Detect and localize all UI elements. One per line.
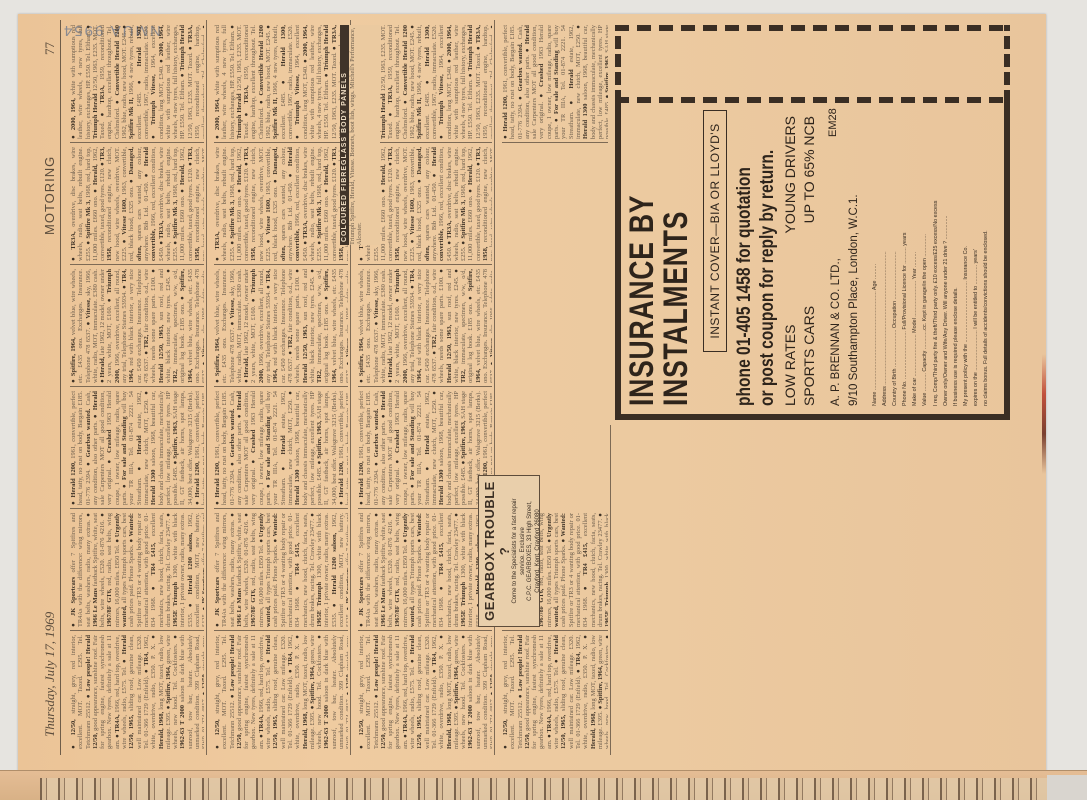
column-rule <box>358 508 492 509</box>
coupon-line: or post coupon for reply by return. <box>756 103 779 406</box>
edge-stain <box>1042 354 1046 474</box>
coupon-form-field: If business use is required please enclo… <box>951 106 961 406</box>
coupon-form-field: Country of Birth .......................… <box>890 106 900 406</box>
advert-phone-block: phone 01-405 1458 for quotation or post … <box>733 103 779 406</box>
classified-column: ● Spitfire, 1964, velvet blue, wire whee… <box>70 269 204 383</box>
page-number: 77 <box>42 42 58 55</box>
running-head: Thursday, July 17, 1969 MOTORING 77 <box>40 20 60 755</box>
classified-column: ● Herald 1200, 1961, convertible, perfec… <box>70 391 204 505</box>
column-rule <box>70 630 204 631</box>
classified-column: ● JK Sportcars offer 7 Spitfires and TR4… <box>358 513 492 627</box>
coupon-form-field: Owner only/Owner and Wife/Any Driver. Wi… <box>941 106 951 406</box>
column-rule <box>214 264 348 265</box>
classified-column: ● 12/50, straight, grey, red interior, e… <box>214 635 348 749</box>
rate-young-drivers: YOUNG DRIVERS <box>781 116 800 233</box>
classified-ad: ● JK Sportcars offer 7 Spitfires and TR4… <box>70 513 92 627</box>
column-rule <box>502 142 608 143</box>
classified-column: ● 2000, 1964, white with sumptious red l… <box>214 25 348 139</box>
coupon-form-field: I req. Comp/Third party fire & theft/Thi… <box>931 106 941 406</box>
column-rule <box>358 264 492 265</box>
coupon-cut-line-top <box>615 25 621 103</box>
underlying-newspaper-print <box>40 778 1060 800</box>
column-rule <box>502 630 608 631</box>
company-name: A. P. BRENNAN & CO. LTD., <box>827 106 845 406</box>
coupon-form-field: Address ................................… <box>880 106 890 406</box>
insurance-advert: INSURANCE BY INSTALMENTS INSTANT COVER—B… <box>615 25 1010 420</box>
classified-column: ● 12/50, straight, grey, red interior, e… <box>358 635 492 749</box>
classified-column: ● Spitfire, 1964, velvet blue, wire whee… <box>358 269 492 383</box>
advert-subtitle: INSTANT COVER—BIA OR LLOYD'S <box>703 110 727 352</box>
coupon-form-field: Make of car ............................… <box>910 106 920 406</box>
classified-column: ● JK Sportcars offer 7 Spitfires and TR4… <box>70 513 204 627</box>
column-rule <box>214 386 348 387</box>
rotated-page-content: Thursday, July 17, 1969 MOTORING 77 ● 12… <box>40 20 1025 755</box>
classified-column: ● TR3A, overdrive, disc brakes, wire whe… <box>214 147 348 261</box>
gearbox-ad-body: Come to the Specialists for a fast repai… <box>512 476 542 626</box>
coupon-form-field: My present policy with the .............… <box>961 106 971 406</box>
column-rule <box>358 630 492 631</box>
section-title: MOTORING <box>42 156 57 235</box>
gearbox-trouble-ad: GEARBOX TROUBLE ? Come to the Specialist… <box>478 475 540 627</box>
gearbox-ad-line: C.P.C. GEARBOXES, 33 High Street, <box>527 476 535 626</box>
advert-headline: INSURANCE BY INSTALMENTS <box>625 110 693 406</box>
coupon-form-field: expires on the .........................… <box>971 106 981 406</box>
classified-column: ● Herald 1200, 1961, convertible, perfec… <box>502 25 608 139</box>
classified-ad: ● 2000, 1964, white with sumptious red l… <box>70 25 92 139</box>
advert-address: A. P. BRENNAN & CO. LTD., 9/10 Southampt… <box>827 106 863 406</box>
classified-ad: ● JK Sportcars offer 7 Spitfires and TR4… <box>201 513 204 627</box>
classified-column: ● TR3A, overdrive, disc brakes, wire whe… <box>70 147 204 261</box>
phone-line: phone 01-405 1458 for quotation <box>733 103 756 406</box>
column-rule <box>214 508 348 509</box>
classified-column: ● 12/50, straight, grey, red interior, e… <box>502 635 608 749</box>
column-rule <box>214 142 348 143</box>
rate-low-rates: LOW RATES <box>781 325 800 406</box>
classified-column: ● Herald 1200, 1961, convertible, perfec… <box>214 391 348 505</box>
column-rule <box>358 386 492 387</box>
classified-ad: ● 2000, 1964, white with sumptious red l… <box>214 25 236 139</box>
advert-code: EM28 <box>827 108 839 137</box>
classified-column: ● Spitfire, 1964, velvet blue, wire whee… <box>214 269 348 383</box>
column-rule <box>70 386 204 387</box>
rate-ncb: UP TO 65% NCB <box>800 116 819 223</box>
classified-ad: ● JK Sportcars offer 7 Spitfires and TR4… <box>358 513 380 627</box>
running-head-rule <box>60 20 61 755</box>
column-rule <box>70 142 204 143</box>
column-rule <box>70 264 204 265</box>
gearbox-ad-line: service. Exclusive <box>520 476 528 626</box>
fibreglass-ad-title: COLOURED FIBREGLASS BODY PANELS <box>340 25 349 245</box>
coupon-form-field: Value ............ Capacity ............… <box>920 106 930 406</box>
gearbox-ad-line: Crayford, Kent. Crayford 26080 <box>535 476 543 626</box>
company-address: 9/10 Southampton Place, London, W.C.1. <box>845 106 863 406</box>
headline-line-1: INSURANCE BY <box>625 110 659 406</box>
fibreglass-panels-ad: COLOURED FIBREGLASS BODY PANELS Triumph … <box>340 25 380 245</box>
background-corner <box>1047 775 1087 800</box>
classified-column: ● Herald 1200, 1961, convertible, perfec… <box>358 391 492 505</box>
fibreglass-ad-body: Triumph Spitfire, Herald, Vitesse. Bonne… <box>349 25 364 245</box>
classified-ad: ● JK Sportcars offer 7 Spitfires and TR4… <box>214 513 236 627</box>
coupon-form-field: Name ...................................… <box>870 106 880 406</box>
coupon-form-field: Phone No. ..............................… <box>900 106 910 406</box>
gearbox-ad-title: GEARBOX TROUBLE ? <box>482 476 512 626</box>
coupon-cut-line-right <box>615 25 1010 31</box>
gearbox-ad-line: Come to the Specialists for a fast repai… <box>512 476 520 626</box>
band-rule <box>494 20 495 755</box>
coupon-form-field: no claims bonus. Full details of acciden… <box>981 106 991 406</box>
classified-column: ● 12/50, straight, grey, red interior, e… <box>70 635 204 749</box>
classified-column: ● 2000, 1964, white with sumptious red l… <box>70 25 204 139</box>
issue-date: Thursday, July 17, 1969 <box>42 612 58 737</box>
band-rule <box>206 20 207 755</box>
column-rule <box>70 508 204 509</box>
coupon-form: Name ...................................… <box>870 106 991 406</box>
classified-ad: ● Herald 1200, 1961, convertible, perfec… <box>194 391 204 505</box>
column-rule <box>214 630 348 631</box>
coupon-cut-line-mid <box>615 97 1010 103</box>
classified-ad: ● Herald 1200, 1961, convertible, perfec… <box>338 391 348 505</box>
rate-sports-cars: SPORTS CARS <box>800 306 819 406</box>
headline-line-2: INSTALMENTS <box>659 110 693 406</box>
band-rule <box>610 425 611 755</box>
classified-column: ● JK Sportcars offer 7 Spitfires and TR4… <box>214 513 348 627</box>
coupon-cut-line-bottom <box>1004 25 1010 103</box>
classified-ad: ● JK Sportcars offer 7 Spitfires and TR4… <box>345 513 348 627</box>
